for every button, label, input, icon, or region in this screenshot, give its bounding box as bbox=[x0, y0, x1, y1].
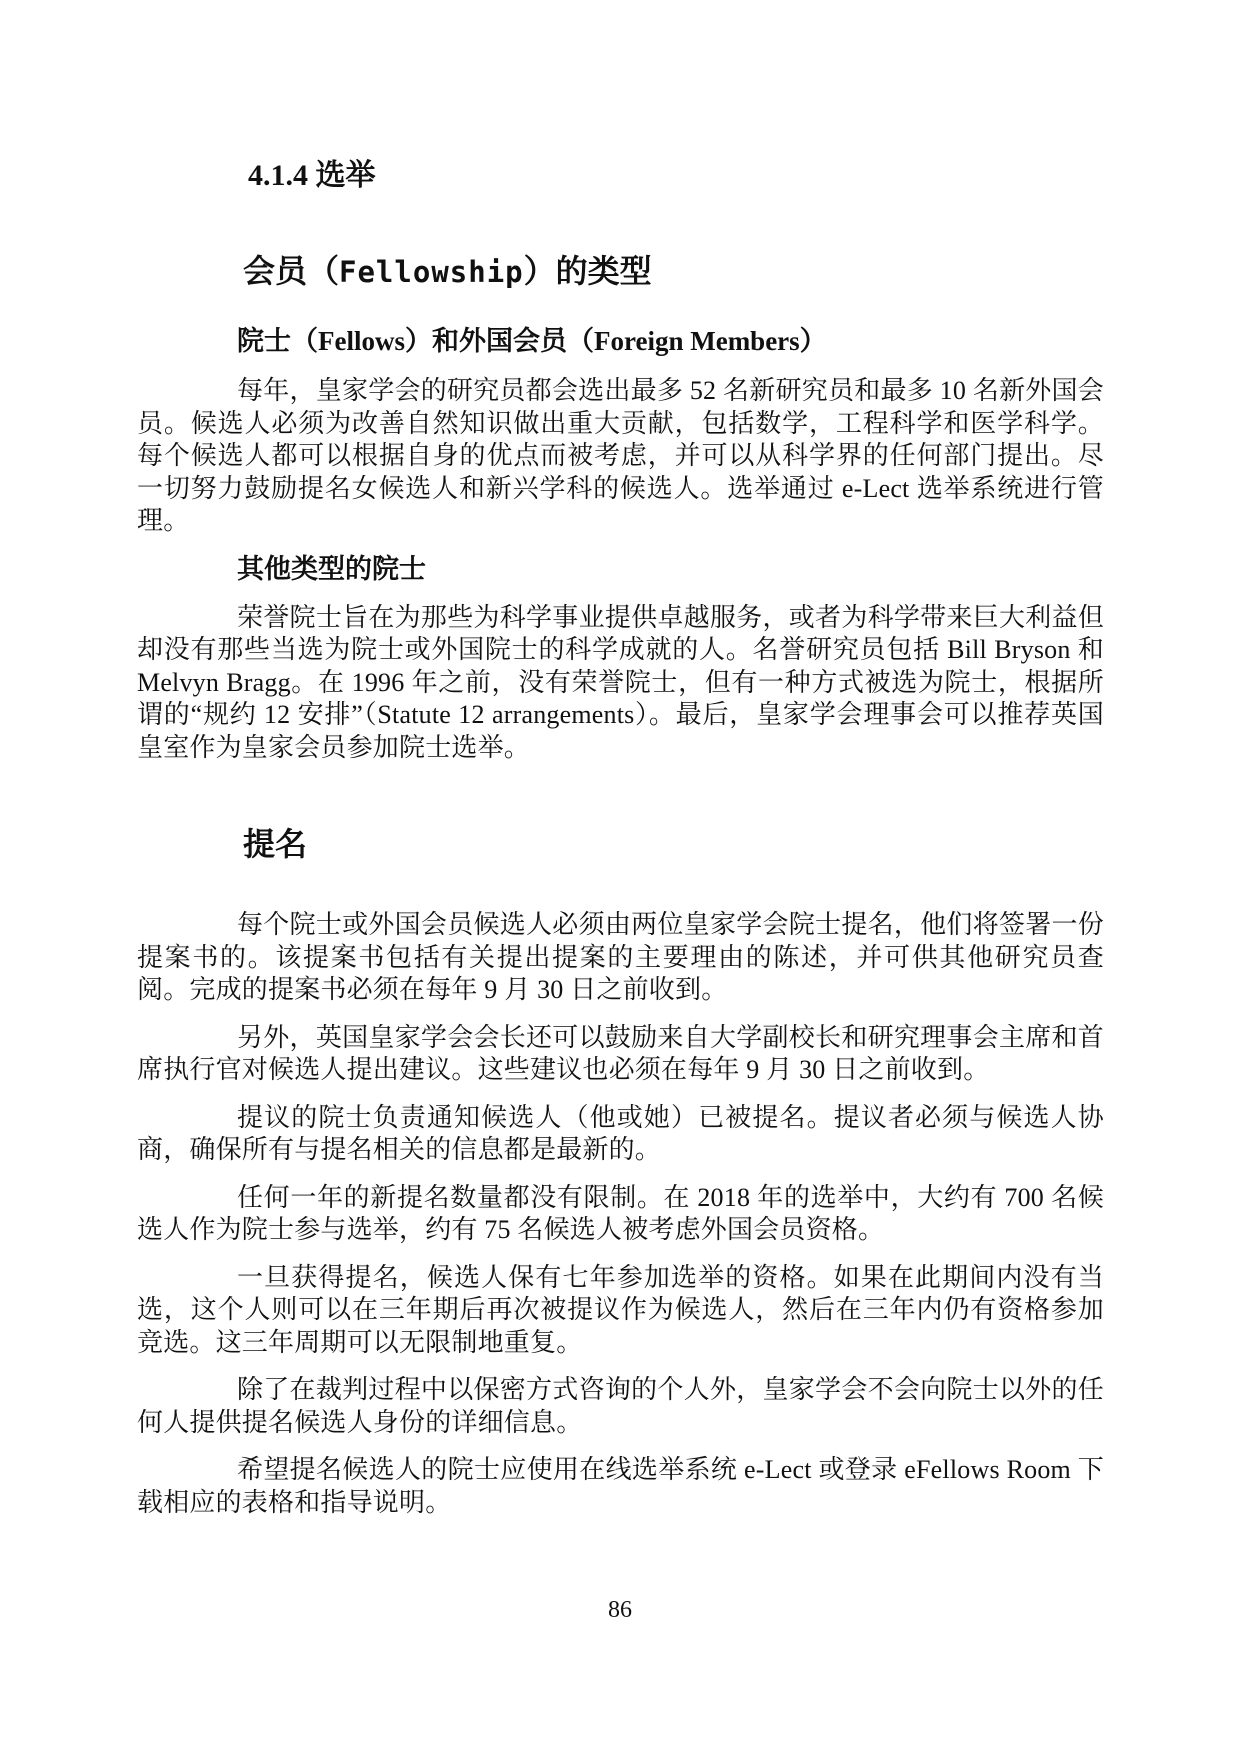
membership-heading-english: Fellowship bbox=[339, 255, 524, 289]
membership-heading-pre: 会员（ bbox=[243, 253, 339, 289]
fellows-foreign-members-heading: 院士（Fellows）和外国会员（Foreign Members） bbox=[237, 325, 1104, 357]
paragraph-confidentiality: 除了在裁判过程中以保密方式咨询的个人外，皇家学会不会向院士以外的任何人提供提名候… bbox=[137, 1374, 1104, 1439]
document-page: 4.1.4 选举 会员（Fellowship）的类型 院士（Fellows）和外… bbox=[0, 0, 1240, 1753]
paragraph-nomination-process: 每个院士或外国会员候选人必须由两位皇家学会院士提名，他们将签署一份提案书的。该提… bbox=[137, 909, 1104, 1007]
page-number: 86 bbox=[0, 1597, 1240, 1624]
section-heading: 4.1.4 选举 bbox=[248, 158, 1104, 194]
paragraph-fellows-intro: 每年，皇家学会的研究员都会选出最多 52 名新研究员和最多 10 名新外国会员。… bbox=[137, 375, 1104, 538]
paragraph-no-limit-2018: 任何一年的新提名数量都没有限制。在 2018 年的选举中，大约有 700 名候选… bbox=[137, 1182, 1104, 1247]
paragraph-seven-year-eligibility: 一旦获得提名，候选人保有七年参加选举的资格。如果在此期间内没有当选，这个人则可以… bbox=[137, 1262, 1104, 1360]
paragraph-president-suggestions: 另外，英国皇家学会会长还可以鼓励来自大学副校长和研究理事会主席和首席执行官对候选… bbox=[137, 1022, 1104, 1087]
paragraph-elect-system-forms: 希望提名候选人的院士应使用在线选举系统 e-Lect 或登录 eFellows … bbox=[137, 1454, 1104, 1519]
paragraph-proposer-duty: 提议的院士负责通知候选人（他或她）已被提名。提议者必须与候选人协商，确保所有与提… bbox=[137, 1102, 1104, 1167]
nomination-heading: 提名 bbox=[243, 824, 1104, 864]
membership-types-heading: 会员（Fellowship）的类型 bbox=[243, 251, 1104, 292]
other-types-heading: 其他类型的院士 bbox=[237, 553, 1104, 585]
paragraph-honorary-fellows: 荣誉院士旨在为那些为科学事业提供卓越服务，或者为科学带来巨大利益但却没有那些当选… bbox=[137, 602, 1104, 765]
membership-heading-post: ）的类型 bbox=[524, 253, 652, 289]
